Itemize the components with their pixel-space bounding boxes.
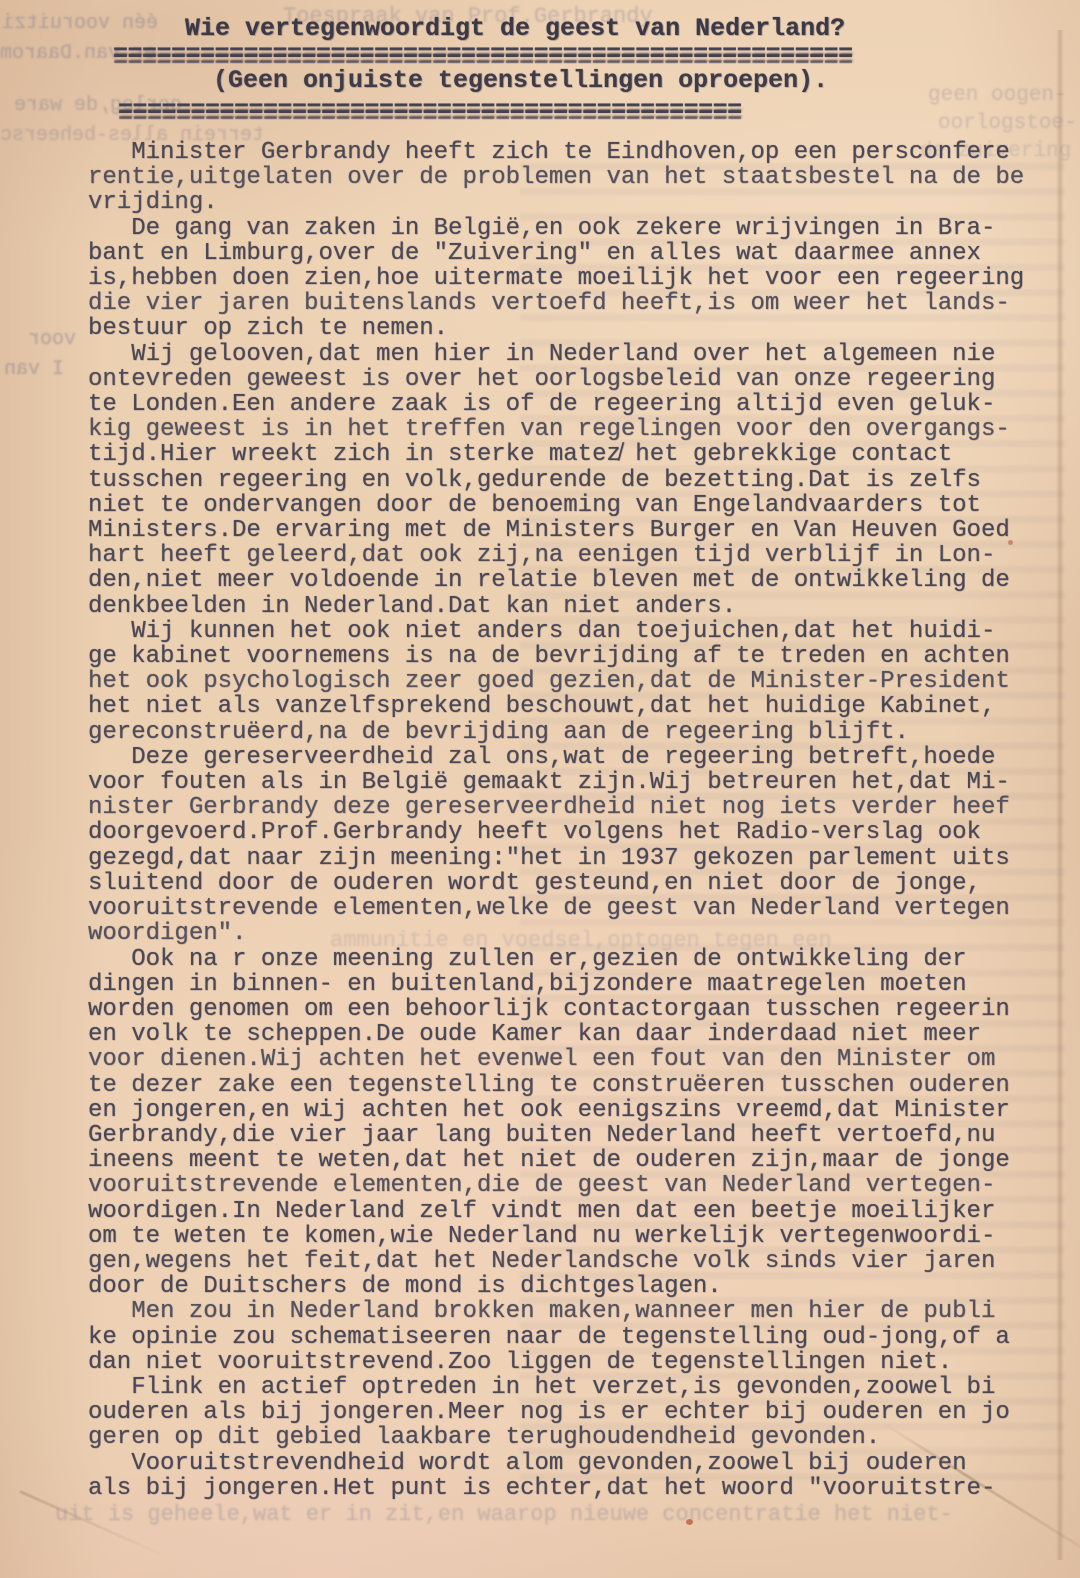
- paper-sheet: Toespraak van Prof.Gerbrandyéén vooruitz…: [0, 0, 1080, 1578]
- text-line: door de Duitschers de mond is dichtgesla…: [88, 1274, 1074, 1299]
- red-stain: [686, 1519, 693, 1525]
- text-line: Men zou in Nederland brokken maken,wanne…: [88, 1299, 1074, 1324]
- ghost-text-fragment: geen oogen-: [928, 84, 1067, 107]
- text-line: woordigen".: [88, 921, 1074, 946]
- ghost-text-fragment: één vooruitzi: [2, 12, 158, 35]
- ghost-text-fragment: oorlogstoe-: [938, 112, 1077, 135]
- text-line: voor fouten als in België gemaakt zijn.W…: [88, 770, 1074, 795]
- text-line: worden genomen om een behoorlijk contact…: [88, 997, 1074, 1022]
- text-line: dingen in binnen- en buitenland,bijzonde…: [88, 972, 1074, 997]
- ghost-text-fragment: voor: [28, 328, 76, 351]
- document-subtitle: (Geen onjuiste tegenstellingen oproepen)…: [213, 66, 828, 95]
- text-line: het ook psychologisch zeer goed gezien,d…: [88, 669, 1074, 694]
- text-line: die vier jaren buitenslands vertoefd hee…: [88, 291, 1074, 316]
- text-line: rentie,uitgelaten over de problemen van …: [88, 165, 1074, 190]
- ghost-text-fragment: I van: [4, 358, 64, 381]
- text-line: ouderen als bij jongeren.Meer nog is er …: [88, 1400, 1074, 1425]
- text-line: te dezer zake een tegenstelling te const…: [88, 1073, 1074, 1098]
- text-line: Ook na r onze meening zullen er,gezien d…: [88, 947, 1074, 972]
- text-line: Minister Gerbrandy heeft zich te Eindhov…: [88, 140, 1074, 165]
- text-line: sluitend door de ouderen wordt gesteund,…: [88, 871, 1074, 896]
- text-line: vrijding.: [88, 190, 1074, 215]
- text-line: te Londen.Een andere zaak is of de regee…: [88, 392, 1074, 417]
- text-line: om te weten te komen,wie Nederland nu we…: [88, 1224, 1074, 1249]
- text-line: vooruitstrevende elementen,welke de gees…: [88, 896, 1074, 921]
- title-underline: ========================================…: [113, 40, 853, 69]
- text-line: is,hebben doen zien,hoe uitermate moeili…: [88, 266, 1074, 291]
- text-line: nister Gerbrandy deze gereserveerdheid n…: [88, 795, 1074, 820]
- red-stain: [1008, 540, 1013, 545]
- text-line: ke opinie zou schematiseeren naar de teg…: [88, 1325, 1074, 1350]
- text-line: tijd.Hier wreekt zich in sterke matez̸ h…: [88, 442, 1074, 467]
- text-line: Vooruitstrevendheid wordt alom gevonden,…: [88, 1451, 1074, 1476]
- text-line: dan niet vooruitstrevend.Zoo liggen de t…: [88, 1350, 1074, 1375]
- text-line: bant en Limburg,over de "Zuivering" en a…: [88, 241, 1074, 266]
- text-line: ge kabinet voornemens is na de bevrijdin…: [88, 644, 1074, 669]
- text-line: woordigen.In Nederland zelf vindt men da…: [88, 1199, 1074, 1224]
- document-title: Wie vertegenwoordigt de geest van Nederl…: [185, 14, 845, 43]
- text-line: tusschen regeering en volk,gedurende de …: [88, 468, 1074, 493]
- text-line: het niet als vanzelfsprekend beschouwt,d…: [88, 694, 1074, 719]
- text-line: Flink en actief optreden in het verzet,i…: [88, 1375, 1074, 1400]
- text-line: ontevreden geweest is over het oorlogsbe…: [88, 367, 1074, 392]
- text-line: gezegd,dat naar zijn meening:"het in 193…: [88, 846, 1074, 871]
- text-line: gen,wegens het feit,dat het Nederlandsch…: [88, 1249, 1074, 1274]
- text-line: voor dienen.Wij achten het evenwel een f…: [88, 1047, 1074, 1072]
- text-line: en volk te scheppen.De oude Kamer kan da…: [88, 1022, 1074, 1047]
- text-line: De gang van zaken in België,en ook zeker…: [88, 216, 1074, 241]
- text-line: als bij jongeren.Het punt is echter,dat …: [88, 1476, 1074, 1501]
- text-line: doorgevoerd.Prof.Gerbrandy heeft volgens…: [88, 820, 1074, 845]
- text-line: geren op dit gebied laakbare terughouden…: [88, 1425, 1074, 1450]
- text-line: Gerbrandy,die vier jaar lang buiten Nede…: [88, 1123, 1074, 1148]
- text-line: Deze gereserveerdheid zal ons,wat de reg…: [88, 745, 1074, 770]
- text-line: kig geweest is in het treffen van regeli…: [88, 417, 1074, 442]
- subtitle-underline: ========================================…: [118, 96, 742, 125]
- text-line: Wij gelooven,dat men hier in Nederland o…: [88, 342, 1074, 367]
- text-line: vooruitstrevende elementen,die de geest …: [88, 1173, 1074, 1198]
- text-line: hart heeft geleerd,dat ook zij,na eenige…: [88, 543, 1074, 568]
- text-line: denkbeelden in Nederland.Dat kan niet an…: [88, 594, 1074, 619]
- text-line: bestuur op zich te nemen.: [88, 316, 1074, 341]
- text-line: en jongeren,en wij achten het ook eenigs…: [88, 1098, 1074, 1123]
- scanned-document-page: Toespraak van Prof.Gerbrandyéén vooruitz…: [0, 0, 1080, 1578]
- text-line: ineens meent te weten,dat het niet de ou…: [88, 1148, 1074, 1173]
- text-line: den,niet meer voldoende in relatie bleve…: [88, 568, 1074, 593]
- text-line: niet te ondervangen door de benoeming va…: [88, 493, 1074, 518]
- text-line: gereconstruëerd,na de bevrijding aan de …: [88, 720, 1074, 745]
- text-line: Wij kunnen het ook niet anders dan toeju…: [88, 619, 1074, 644]
- text-line: Ministers.De ervaring met de Ministers B…: [88, 518, 1074, 543]
- typewritten-lines: Minister Gerbrandy heeft zich te Eindhov…: [88, 140, 1074, 1535]
